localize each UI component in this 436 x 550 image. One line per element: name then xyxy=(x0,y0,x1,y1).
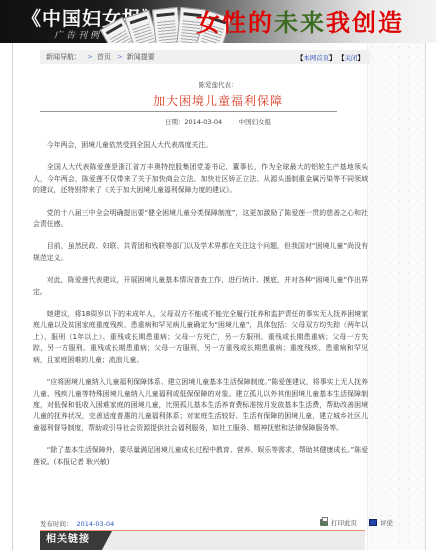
title-divider xyxy=(40,111,337,112)
slogan-part: 女性的 xyxy=(196,9,274,37)
article-title: 加大困境儿童福利保障 xyxy=(0,92,436,109)
paragraph: 今年两会，困境儿童依然受到全国人大代表高度关注。 xyxy=(33,140,368,151)
nav-links: 【本网首页】 【关闭】 xyxy=(297,53,364,62)
slogan-part: 我创造 xyxy=(326,9,404,37)
comment-icon xyxy=(369,519,377,526)
site-home-link[interactable]: 本网首页 xyxy=(303,54,329,62)
breadcrumb: 新闻导航： > 首页 > 新闻提要 【本网首页】 【关闭】 xyxy=(40,50,370,64)
breadcrumb-news[interactable]: 新闻提要 xyxy=(127,52,155,62)
related-links-sub: Links xyxy=(58,538,68,543)
paragraph: 党的十八届三中全会明确提出要“健全困境儿童分类保障制度”，这更加激励了陈爱莲一贯… xyxy=(33,208,368,231)
breadcrumb-home[interactable]: 首页 xyxy=(97,52,111,62)
article-meta: 日期：2014-03-04 中国妇女报 xyxy=(0,117,436,126)
article-tools: 打印此页 评论 xyxy=(320,518,393,527)
print-label: 打印此页 xyxy=(331,518,357,527)
nav-label: 新闻导航： xyxy=(46,52,81,62)
chevron-right-icon: > xyxy=(117,53,123,61)
paragraph: 对此，陈爱莲代表建议，开展困境儿童基本情况普查工作，进行统计、摸底，并对各种“困… xyxy=(33,275,368,298)
site-banner: 《中国妇女报》 广告刊例 女性的未来我创造 xyxy=(0,0,436,43)
chevron-right-icon: > xyxy=(87,53,93,61)
printer-icon xyxy=(320,519,328,526)
banner-slogan: 女性的未来我创造 xyxy=(196,3,404,38)
article-body: 今年两会，困境儿童依然受到全国人大代表高度关注。 全国人大代表陈爱莲是浙江省万丰… xyxy=(33,140,368,479)
slogan-part: 未来 xyxy=(274,9,326,37)
pubtime-label: 发布时间： xyxy=(40,520,73,528)
comment-label: 评论 xyxy=(380,518,393,527)
paragraph: “除了基本生活保障外，要尽量满足困境儿童成长过程中教育、营养、娱乐等需求，帮助其… xyxy=(33,445,368,468)
bracket: 】 xyxy=(329,54,336,62)
print-button[interactable]: 打印此页 xyxy=(320,518,357,527)
paragraph: 全国人大代表陈爱莲是浙江省万丰奥特控股集团党委书记、董事长，作为全球最大的铝轮生… xyxy=(33,162,368,196)
paragraph: 她建议，将18周岁以下的未成年人，父母双方不能或不能完全履行抚养和监护责任的事实… xyxy=(33,309,368,366)
logo-subtitle: 广告刊例 xyxy=(54,28,102,41)
close-link[interactable]: 关闭 xyxy=(345,54,358,62)
bracket: 】 xyxy=(358,54,365,62)
related-links-header: 相关链接 xyxy=(40,531,112,550)
paragraph: “应将困境儿童纳入儿童福利保障体系、建立困境儿童基本生活保障制度。”陈爱莲建议，… xyxy=(33,377,368,434)
publish-time: 发布时间：2014-03-04 xyxy=(40,519,114,528)
pubtime-value: 2014-03-04 xyxy=(77,520,115,528)
paragraph: 目前，虽然民政、妇联、共青团和残联等部门以及学术界都在关注这个问题，但我国对“困… xyxy=(33,241,368,264)
comment-button[interactable]: 评论 xyxy=(369,518,393,527)
article-subtitle: 陈爱莲代表： xyxy=(0,80,436,89)
